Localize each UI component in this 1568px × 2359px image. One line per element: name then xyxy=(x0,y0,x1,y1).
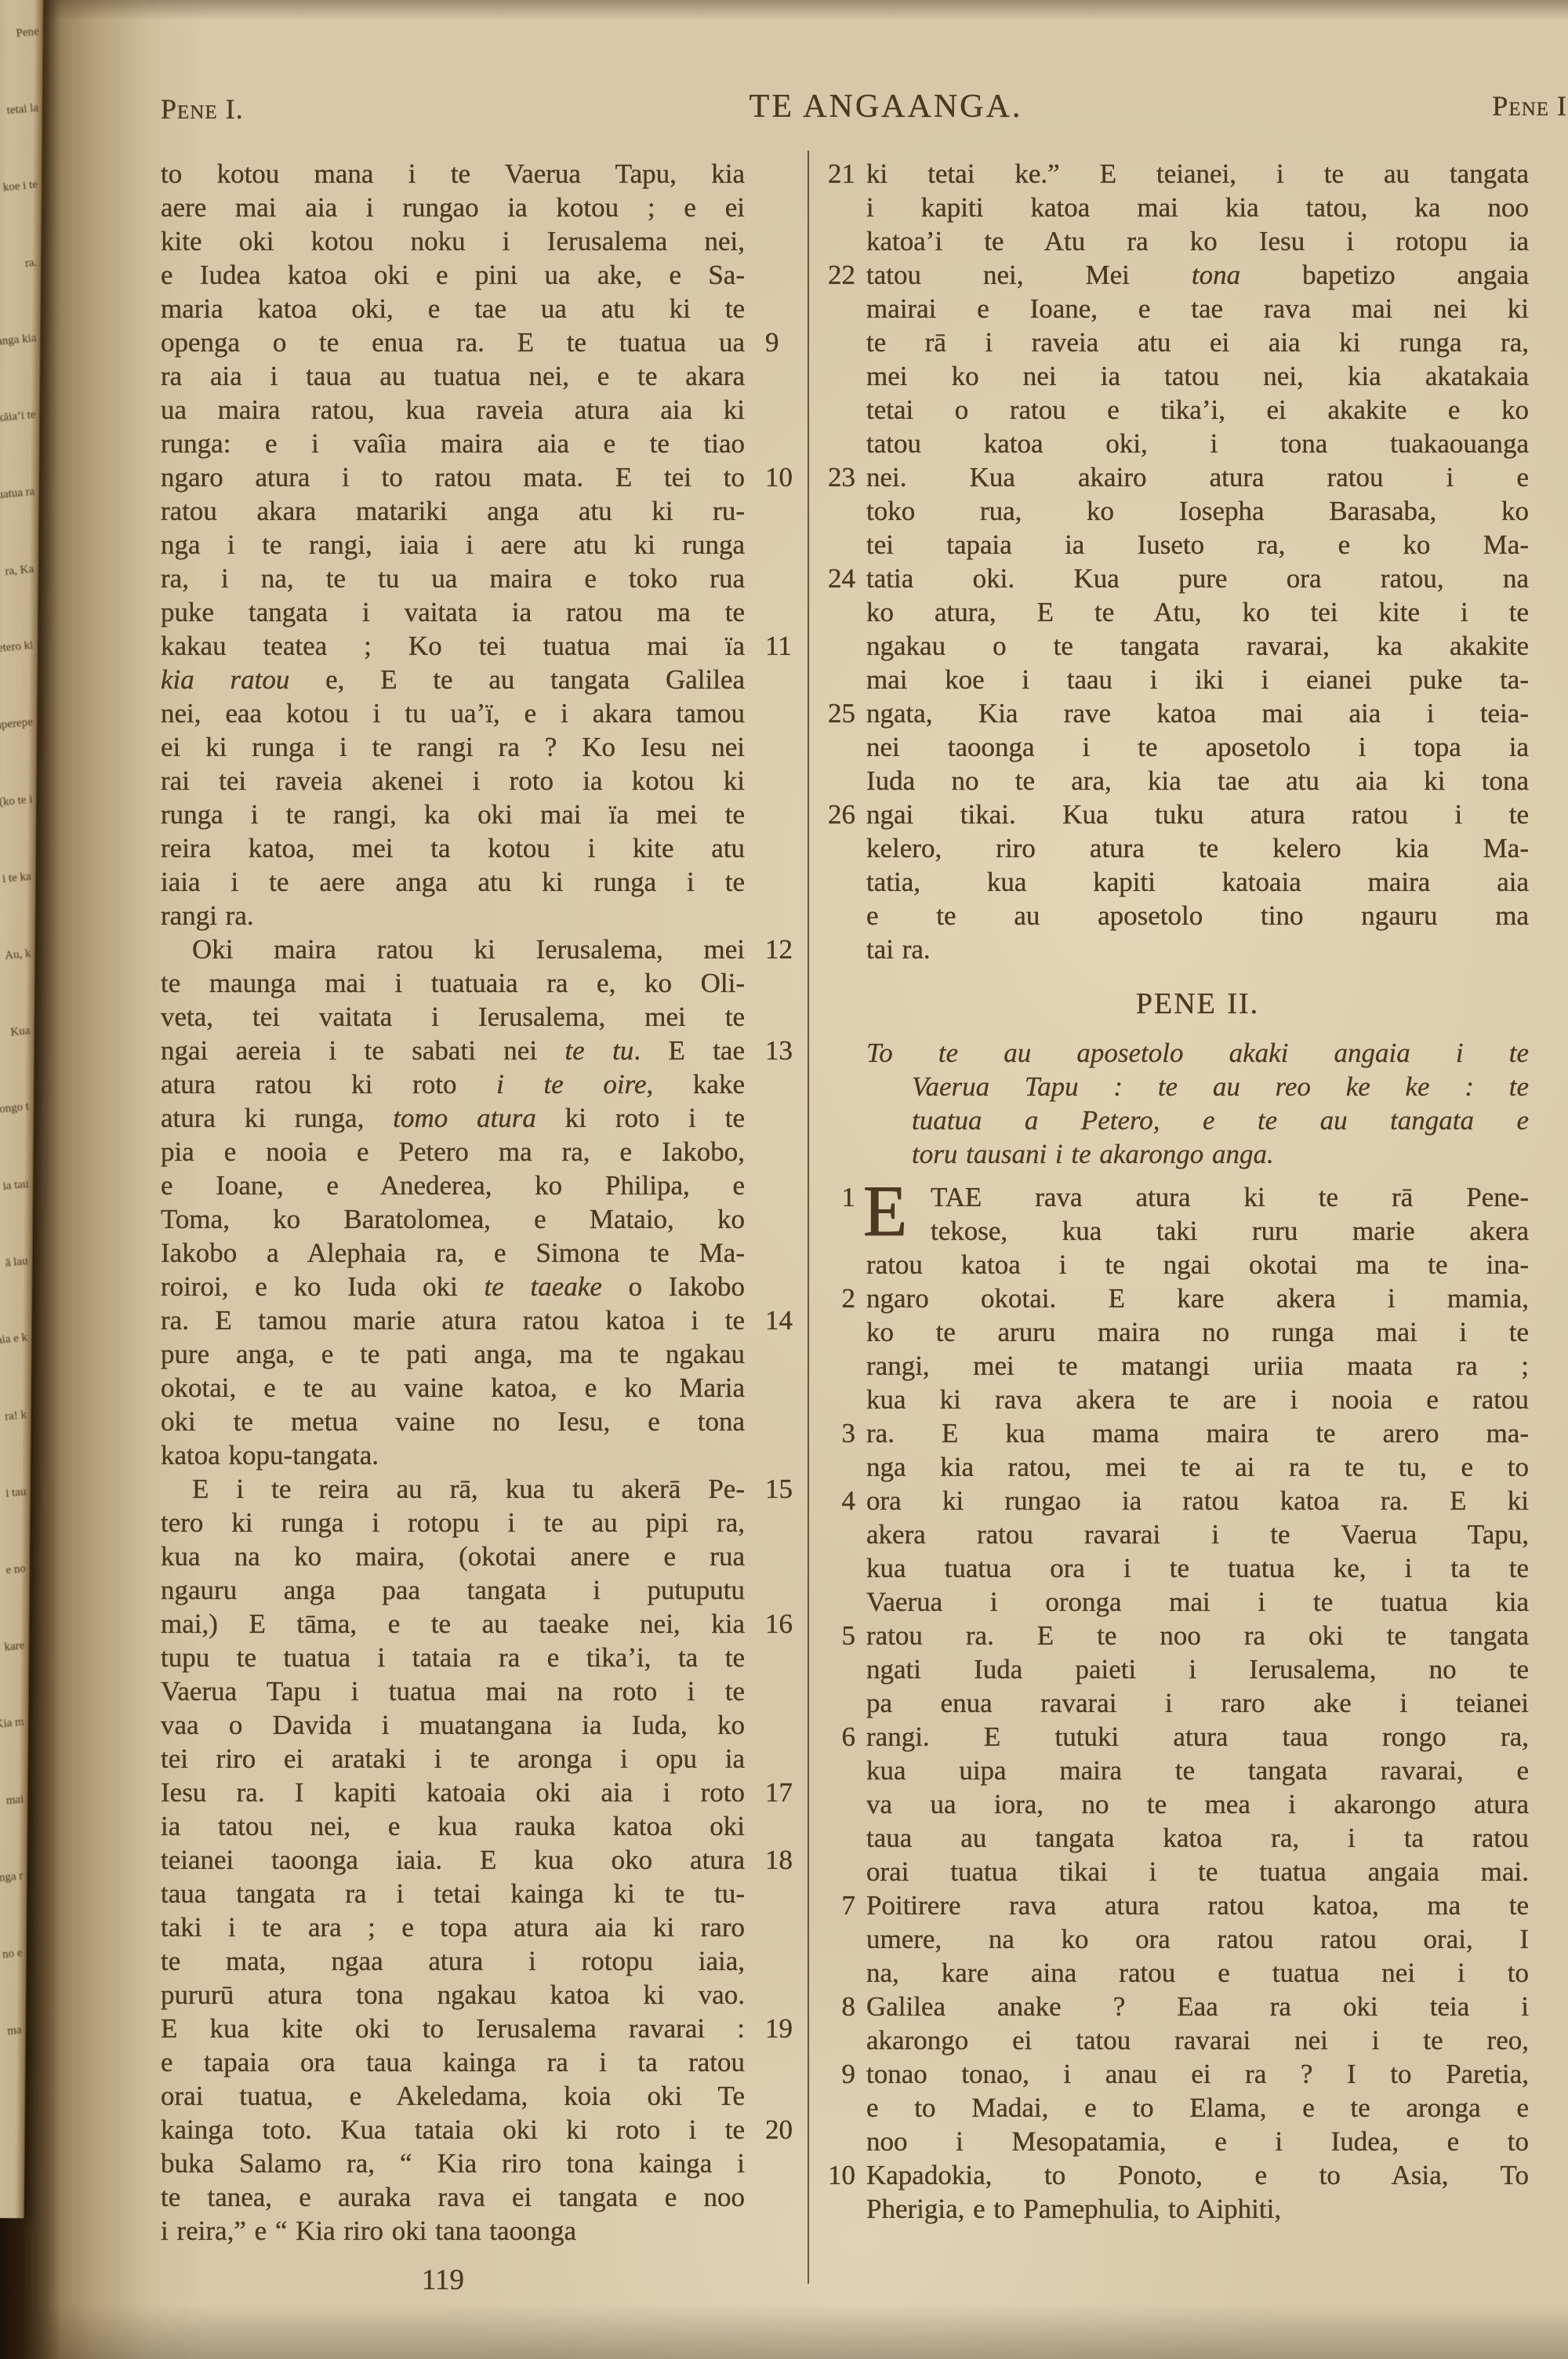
text-line: te rā i raveia atu ei aia ki runga ra, xyxy=(866,325,1529,359)
text-line: i reira,” e “ Kia riro oki tana taoonga xyxy=(161,2214,745,2248)
text-line: rai tei raveia akenei i roto ia kotou ki xyxy=(161,764,745,798)
text-line: mai koe i taau i iki i eianei puke ta- xyxy=(866,663,1529,696)
text-line: pururū atura tona ngakau katoa ki vao. xyxy=(161,1978,745,2012)
text-line: 22tatou nei, Mei tona bapetizo angaia xyxy=(866,258,1529,292)
facing-page-text-fragment: ma xyxy=(6,2025,22,2038)
facing-page-text-fragment: Au, k xyxy=(4,948,31,962)
chapter-summary-line: tuatua a Petero, e te au tangata e xyxy=(866,1103,1529,1137)
text-line: tei tapaia ia Iuseto ra, e ko Ma- xyxy=(866,528,1529,562)
facing-page-text-fragment: nga r xyxy=(0,1870,24,1885)
text-line: to kotou mana i te Vaerua Tapu, kia xyxy=(161,157,745,191)
facing-page-text-fragment: Kia m xyxy=(0,1717,24,1731)
text-line: e Iudea katoa oki e pini ua ake, e Sa- xyxy=(161,258,745,292)
book-page-scan: Penetetai lakoe i tera.anga kiaakāia’i t… xyxy=(0,0,1568,2359)
text-line: tupu te tuatua i tataia ra e tika’i, ta … xyxy=(161,1641,745,1674)
facing-page-text-fragment: koe i te xyxy=(2,179,38,194)
text-line: 5ratou ra. E te noo ra oki te tangata xyxy=(866,1619,1529,1652)
text-line: taua tangata ra i tetai kainga ki te tu- xyxy=(161,1877,745,1910)
text-line: pia e nooia e Petero ma ra, e Iakobo, xyxy=(161,1135,745,1169)
facing-page-text-fragment: aia e k xyxy=(0,1332,28,1347)
facing-page-text-fragment: tuatua ra xyxy=(0,486,35,502)
facing-page-text-fragment: tetai la xyxy=(6,102,39,117)
text-line: mairai e Ioane, e tae rava mai nei ki xyxy=(866,292,1529,325)
text-line: akera ratou ravarai i te Vaerua Tapu, xyxy=(866,1518,1529,1551)
facing-page-text-fragment: no e xyxy=(2,1947,23,1961)
text-line: runga i te rangi, ka oki mai ïa mei te xyxy=(161,798,745,831)
text-line: e to Madai, e to Elama, e te aronga e xyxy=(866,2091,1529,2125)
verse-number: 9 xyxy=(765,325,779,359)
verse-number: 2 xyxy=(842,1281,856,1315)
text-line: te maunga mai i tuatuaia ra e, ko Oli- xyxy=(161,966,745,1000)
verse-number: 7 xyxy=(842,1888,856,1922)
text-line: 7Poitirere rava atura ratou katoa, ma te xyxy=(866,1888,1529,1922)
text-line: ra aia i taua au tuatua nei, e te akara xyxy=(161,359,745,393)
text-line: 8Galilea anake ? Eaa ra oki teia i xyxy=(866,1990,1529,2023)
facing-page-text-fragment: anga kia xyxy=(0,333,37,348)
text-line: ei ki runga i te rangi ra ? Ko Iesu nei xyxy=(161,730,745,764)
text-line: ngati Iuda paieti i Ierusalema, no te xyxy=(866,1652,1529,1686)
verse-number: 25 xyxy=(828,696,855,730)
verse-number: 4 xyxy=(842,1484,856,1518)
facing-page-text-fragment: Petero ki xyxy=(0,640,34,656)
text-line: pa enua ravarai i raro ake i teianei xyxy=(866,1686,1529,1720)
text-line: 25ngata, Kia rave katoa mai aia i teia- xyxy=(866,696,1529,730)
verse-number: 9 xyxy=(842,2057,856,2091)
text-line: tai ra. xyxy=(866,932,1529,966)
text-line: Iuda no te ara, kia tae atu aia ki tona xyxy=(866,764,1529,798)
text-line: nei taoonga i te aposetolo i topa ia xyxy=(866,730,1529,764)
text-line: 9tonao tonao, i anau ei ra ? I to Pareti… xyxy=(866,2057,1529,2091)
text-line: ngauru anga paa tangata i putuputu xyxy=(161,1573,745,1607)
text-line: 20kainga toto. Kua tataia oki ki roto i … xyxy=(161,2113,745,2146)
text-line: maria katoa oki, e tae ua atu ki te xyxy=(161,292,745,325)
facing-page-text-fragment: i te ka xyxy=(2,871,32,885)
verse-number: 15 xyxy=(765,1472,793,1506)
facing-page-text-fragment: ra! k xyxy=(5,1409,27,1423)
chapter-summary-line: To te au aposetolo akaki angaia i te xyxy=(866,1036,1529,1070)
verse-number: 20 xyxy=(765,2113,793,2146)
page-number: 119 xyxy=(329,2263,557,2297)
text-line: i kapiti katoa mai kia tatou, ka noo xyxy=(866,191,1529,224)
text-line: 17Iesu ra. I kapiti katoaia oki aia i ro… xyxy=(161,1776,745,1809)
text-line: 6rangi. E tutuki atura taua rongo ra, xyxy=(866,1720,1529,1754)
text-line: 12Oki maira ratou ki Ierusalema, mei xyxy=(161,932,745,966)
text-line: 16mai,) E tāma, e te au taeake nei, kia xyxy=(161,1607,745,1641)
text-line: oki te metua vaine no Iesu, e tona xyxy=(161,1405,745,1438)
verse-number: 26 xyxy=(828,798,855,831)
verse-number: 14 xyxy=(765,1303,793,1337)
verse-number: 22 xyxy=(828,258,855,292)
text-line: 26ngai tikai. Kua tuku atura ratou i te xyxy=(866,798,1529,831)
text-line: 2ngaro okotai. E kare akera i mamia, xyxy=(866,1281,1529,1315)
facing-page-text-fragment: ra. xyxy=(24,257,38,270)
text-column-right: 21ki tetai ke.” E teianei, i te au tanga… xyxy=(866,157,1529,2226)
text-line: ua maira ratou, kua raveia atura aia ki xyxy=(161,393,745,427)
text-line: okotai, e te au vaine katoa, e ko Maria xyxy=(161,1371,745,1405)
text-line: 10ngaro atura i to ratou mata. E tei to xyxy=(161,460,745,494)
text-line: kelero, riro atura te kelero kia Ma- xyxy=(866,831,1529,865)
running-header: Pene I. TE ANGAANGA. Pene I. II. xyxy=(161,88,1521,129)
text-column-left: to kotou mana i te Vaerua Tapu, kiaaere … xyxy=(161,157,745,2248)
text-line: ra, i na, te tu ua maira e toko rua xyxy=(161,562,745,595)
text-line: e te au aposetolo tino ngauru ma xyxy=(866,899,1529,932)
verse-number: 8 xyxy=(842,1990,856,2023)
text-line: rangi, mei te matangi uriia maata ra ; xyxy=(866,1349,1529,1383)
column-divider-rule xyxy=(808,151,809,2284)
text-line: 21ki tetai ke.” E teianei, i te au tanga… xyxy=(866,157,1529,191)
text-line: Iakobo a Alephaia ra, e Simona te Ma- xyxy=(161,1236,745,1270)
header-book-title: TE ANGAANGA. xyxy=(161,88,1568,125)
text-line: 14ra. E tamou marie atura ratou katoa i … xyxy=(161,1303,745,1337)
text-line: e tapaia ora taua kainga ra i ta ratou xyxy=(161,2045,745,2079)
text-line: aere mai aia i rungao ia kotou ; e ei xyxy=(161,191,745,224)
text-line: tei riro ei arataki i te aronga i opu ia xyxy=(161,1742,745,1776)
text-line: Pherigia, e to Pamephulia, to Aiphiti, xyxy=(866,2192,1529,2226)
verse-number: 18 xyxy=(765,1843,793,1877)
header-chapter-right: Pene I. II. xyxy=(1384,89,1568,122)
text-line: atura ratou ki roto i te oire, kake xyxy=(161,1067,745,1101)
text-line: tero ki runga i rotopu i te au pipi ra, xyxy=(161,1506,745,1539)
text-line: atura ki runga, tomo atura ki roto i te xyxy=(161,1101,745,1135)
text-line: 18teianei taoonga iaia. E kua oko atura xyxy=(161,1843,745,1877)
text-line: ko atura, E te Atu, ko tei kite i te xyxy=(866,595,1529,629)
verse-number: 12 xyxy=(765,932,793,966)
text-line: mei ko nei ia tatou nei, kia akatakaia xyxy=(866,359,1529,393)
text-line: taua au tangata katoa ra, i ta ratou xyxy=(866,1821,1529,1855)
text-line: nga i te rangi, iaia i aere atu ki runga xyxy=(161,528,745,562)
text-line: roiroi, e ko Iuda oki te taeake o Iakobo xyxy=(161,1270,745,1303)
text-line: puke tangata i vaitata ia ratou ma te xyxy=(161,595,745,629)
facing-page-text-fragment: kaperepe xyxy=(0,717,33,732)
text-line: kua uipa maira te tangata ravarai, e xyxy=(866,1754,1529,1787)
text-line: 24tatia oki. Kua pure ora ratou, na xyxy=(866,562,1529,595)
text-line: nei, eaa kotou i tu ua’ï, e i akara tamo… xyxy=(161,696,745,730)
facing-page-text-fragment: (ko te i xyxy=(0,794,33,809)
text-line: kua na ko maira, (okotai anere e rua xyxy=(161,1539,745,1573)
facing-page-text-fragment: mai xyxy=(5,1794,24,1807)
facing-page-text-fragment: ia tau xyxy=(2,1179,29,1193)
facing-page-text-fragment: arongo t xyxy=(0,1101,30,1117)
chapter-summary-line: toru tausani i te akarongo anga. xyxy=(866,1137,1529,1171)
text-line: 11kakau teatea ; Ko tei tuatua mai ïa xyxy=(161,629,745,663)
text-line: kua tuatua ora i te tuatua ke, i ta te xyxy=(866,1551,1529,1585)
verse-number: 3 xyxy=(842,1416,856,1450)
verse-number: 16 xyxy=(765,1607,793,1641)
text-line: runga: e i vaîia maira aia e te tiao xyxy=(161,427,745,460)
text-line: iaia i te aere anga atu ki runga i te xyxy=(161,865,745,899)
text-line: tekose, kua taki ruru marie akera xyxy=(866,1214,1529,1248)
text-line: Vaerua Tapu i tuatua mai na roto i te xyxy=(161,1674,745,1708)
text-line: 9openga o te enua ra. E te tuatua ua xyxy=(161,325,745,359)
text-line: orai tuatua, e Akeledama, koia oki Te xyxy=(161,2079,745,2113)
text-line: kia ratou e, E te au tangata Galilea xyxy=(161,663,745,696)
text-line: 10Kapadokia, to Ponoto, e to Asia, To xyxy=(866,2158,1529,2192)
facing-page-text-fragment: akāia’i te xyxy=(0,409,36,425)
verse-number: 10 xyxy=(828,2158,855,2192)
text-line: kua ki rava akera te are i nooia e ratou xyxy=(866,1383,1529,1416)
text-line: katoa’i te Atu ra ko Iesu i rotopu ia xyxy=(866,224,1529,258)
text-line: tatou katoa oki, i tona tuakaouanga xyxy=(866,427,1529,460)
text-line: 3ra. E kua mama maira te arero ma- xyxy=(866,1416,1529,1450)
text-line: buka Salamo ra, “ Kia riro tona kainga i xyxy=(161,2146,745,2180)
verse-number: 11 xyxy=(765,629,792,663)
text-line: vaa o Davida i muatangana ia Iuda, ko xyxy=(161,1708,745,1742)
text-line: Toma, ko Baratolomea, e Mataio, ko xyxy=(161,1202,745,1236)
text-line: veta, tei vaitata i Ierusalema, mei te xyxy=(161,1000,745,1034)
text-line: tatia, kua kapiti katoaia maira aia xyxy=(866,865,1529,899)
verse-number: 21 xyxy=(828,157,855,191)
facing-page-text-fragment: Kua xyxy=(10,1025,31,1038)
text-line: akarongo ei tatou ravarai nei i te reo, xyxy=(866,2023,1529,2057)
verse-number: 1 xyxy=(842,1180,856,1214)
text-line: nga kia ratou, mei te ai ra te tu, e to xyxy=(866,1450,1529,1484)
text-line: 15E i te reira au rā, kua tu akerā Pe- xyxy=(161,1472,745,1506)
verse-number: 13 xyxy=(765,1034,793,1067)
facing-page-text-fragment: ā lau xyxy=(5,1256,28,1270)
text-line: kite oki kotou noku i Ierusalema nei, xyxy=(161,224,745,258)
verse-number: 5 xyxy=(842,1619,856,1652)
text-line: 23nei. Kua akairo atura ratou i e xyxy=(866,460,1529,494)
verse-number: 19 xyxy=(765,2012,793,2045)
text-line: pure anga, e te pati anga, ma te ngakau xyxy=(161,1337,745,1371)
text-line: reira katoa, mei ta kotou i kite atu xyxy=(161,831,745,865)
text-line: ratou katoa i te ngai okotai ma te ina- xyxy=(866,1248,1529,1281)
text-line: orai tuatua tikai i te tuatua angaia mai… xyxy=(866,1855,1529,1888)
text-line: ia tatou nei, e kua rauka katoa oki xyxy=(161,1809,745,1843)
text-line: e Ioane, e Anederea, ko Philipa, e xyxy=(161,1169,745,1202)
text-line: rangi ra. xyxy=(161,899,745,932)
text-line: 4ora ki rungao ia ratou katoa ra. E ki xyxy=(866,1484,1529,1518)
facing-page-text-fragment: e no xyxy=(5,1563,26,1576)
text-line: ko te aruru maira no runga mai i te xyxy=(866,1315,1529,1349)
text-line: 13ngai aereia i te sabati nei te tu. E t… xyxy=(161,1034,745,1067)
text-line: umere, na ko ora ratou ratou orai, I xyxy=(866,1922,1529,1956)
verse-number: 10 xyxy=(765,460,793,494)
facing-page-text-fragment: i tau xyxy=(5,1486,27,1499)
text-line: 1ETAE rava atura ki te rā Pene- xyxy=(866,1180,1529,1214)
facing-page-text-fragment: Pene xyxy=(16,26,39,40)
text-line: ratou akara matariki anga atu ki ru- xyxy=(161,494,745,528)
text-line: toko rua, ko Iosepha Barasaba, ko xyxy=(866,494,1529,528)
text-line: noo i Mesopatamia, e i Iudea, e to xyxy=(866,2125,1529,2158)
verse-number: 17 xyxy=(765,1776,793,1809)
text-line: te mata, ngaa atura i rotopu iaia, xyxy=(161,1944,745,1978)
verse-number: 24 xyxy=(828,562,855,595)
chapter-summary-line: Vaerua Tapu : te au reo ke ke : te xyxy=(866,1070,1529,1103)
text-line: katoa kopu-tangata. xyxy=(161,1438,745,1472)
text-line: te tanea, e auraka rava ei tangata e noo xyxy=(161,2180,745,2214)
text-line: na, kare aina ratou e tuatua nei i to xyxy=(866,1956,1529,1990)
verse-number: 6 xyxy=(842,1720,856,1754)
text-line: va ua iora, no te mea i akarongo atura xyxy=(866,1787,1529,1821)
facing-page-text-fragment: ra, Ka xyxy=(5,564,34,578)
chapter-heading: PENE II. xyxy=(866,987,1529,1021)
facing-page-text-fragment: kare xyxy=(4,1640,25,1653)
verse-number: 23 xyxy=(828,460,855,494)
text-line: 19E kua kite oki to Ierusalema ravarai : xyxy=(161,2012,745,2045)
text-line: taki i te ara ; e topa atura aia ki raro xyxy=(161,1910,745,1944)
text-line: tetai o ratou e tika’i, ei akakite e ko xyxy=(866,393,1529,427)
text-line: Vaerua i oronga mai i te tuatua kia xyxy=(866,1585,1529,1619)
text-line: ngakau o te tangata ravarai, ka akakite xyxy=(866,629,1529,663)
